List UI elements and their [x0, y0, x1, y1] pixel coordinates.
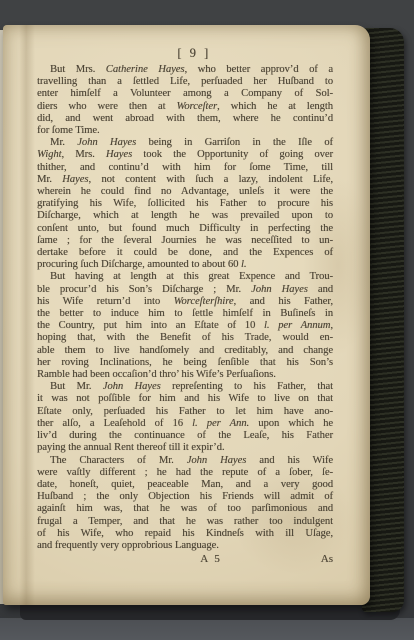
shelf-strip — [0, 618, 414, 640]
paragraph: Mr. John Hayes being in Garriſon in the … — [37, 137, 333, 271]
italic-text: Catherine Hayes — [106, 64, 185, 75]
gutter-shadow — [19, 25, 35, 605]
text-line: ſame ; for the ſeveral Journies he was n… — [37, 235, 333, 247]
text-line: thither, and continu’d with him for ſome… — [37, 162, 333, 174]
text-line: ble procur’d his Son’s Diſcharge ; Mr. J… — [37, 284, 333, 296]
italic-text: l. per Ann. — [192, 418, 249, 429]
catchword: As — [321, 553, 333, 565]
italic-text: Hayes — [62, 174, 88, 185]
text-line: her roving Inclinations, he being ſenſib… — [37, 357, 333, 369]
text-line: hoping that, with the Benefit of his Tra… — [37, 332, 333, 344]
text-line: dertake before it could be done, and the… — [37, 247, 333, 259]
text-line: But Mrs. Catherine Hayes, who better app… — [37, 64, 333, 76]
screenshot-root: { "page_number_display": "[ 9 ]", "parag… — [0, 0, 414, 640]
text-line: paying the annual Rent thereof till it e… — [37, 442, 333, 454]
text-line: diers who were then at Worceſter, which … — [37, 101, 333, 113]
text-line: liv’d during the continuance of the Leaſ… — [37, 430, 333, 442]
text-line: Mr. Hayes, not content with ſuch a lazy,… — [37, 174, 333, 186]
text-line: the Country, put him into an Eſtate of 1… — [37, 320, 333, 332]
text-line: were vaſtly different ; he had the reput… — [37, 467, 333, 479]
page-number: [ 9 ] — [55, 46, 333, 61]
paragraph: But Mr. John Hayes repreſenting to his F… — [37, 381, 333, 454]
text-line: But having at length at this great Expen… — [37, 271, 333, 283]
text-line: Ramble had been occaſion’d thro’ his Wif… — [37, 369, 333, 381]
text-line: frugal a Temper, and that he was rather … — [37, 516, 333, 528]
paragraph: The Characters of Mr. John Hayes and his… — [37, 455, 333, 553]
text-line: Eſtate only, perſuaded his Father to let… — [37, 406, 333, 418]
signature-mark: A 5 — [200, 553, 222, 565]
text-line: Huſband ; the only Objection his Friends… — [37, 491, 333, 503]
italic-text: l. — [241, 259, 247, 270]
italic-text: Worceſterſhire — [174, 296, 234, 307]
text-line: his Wife return’d into Worceſterſhire, a… — [37, 296, 333, 308]
book-page: [ 9 ] But Mrs. Catherine Hayes, who bett… — [3, 25, 370, 605]
text-line: againſt him was, that he was of too parſ… — [37, 503, 333, 515]
italic-text: John Hayes — [103, 381, 161, 392]
text-line: able them to live handſomely and credita… — [37, 345, 333, 357]
page-footer: A 5 As — [37, 553, 333, 567]
text-column: [ 9 ] But Mrs. Catherine Hayes, who bett… — [37, 46, 333, 567]
photo-scene: [ 9 ] But Mrs. Catherine Hayes, who bett… — [0, 0, 414, 640]
text-line: it was not poſſible for him and his Wife… — [37, 393, 333, 405]
text-line: for ſome Time. — [37, 125, 333, 137]
text-line: did, and went abroad with them, where he… — [37, 113, 333, 125]
text-line: and frequently very opprobrious Language… — [37, 540, 333, 552]
text-line: ther alſo, a Leaſehold of 16 l. per Ann.… — [37, 418, 333, 430]
italic-text: John Hayes — [187, 455, 247, 466]
text-line: enter himſelf a Volunteer among a Compan… — [37, 88, 333, 100]
text-line: The Characters of Mr. John Hayes and his… — [37, 455, 333, 467]
text-line: Mr. John Hayes being in Garriſon in the … — [37, 137, 333, 149]
text-line: But Mr. John Hayes repreſenting to his F… — [37, 381, 333, 393]
text-line: Diſcharge, which at length he was prevai… — [37, 210, 333, 222]
paragraph: But Mrs. Catherine Hayes, who better app… — [37, 64, 333, 137]
text-line: the better to induce him to ſettle himſe… — [37, 308, 333, 320]
italic-text: Hayes — [106, 149, 132, 160]
text-line: conſent unto, but found much Difficulty … — [37, 223, 333, 235]
text-line: wherein he could find no Advantage, unle… — [37, 186, 333, 198]
text-line: gratifying his Wife, ſollicited his Fath… — [37, 198, 333, 210]
text-line: procuring ſuch Diſcharge, amounted to ab… — [37, 259, 333, 271]
text-line: date, honeſt, quiet, peaceable Man, and … — [37, 479, 333, 491]
italic-text: John Hayes — [77, 137, 136, 148]
text-line: travelling than a ſettled Life, perſuade… — [37, 76, 333, 88]
italic-text: Worceſter — [177, 101, 218, 112]
text-line: Wight, Mrs. Hayes took the Opportunity o… — [37, 149, 333, 161]
italic-text: Wight — [37, 149, 61, 160]
italic-text: l. per Annum — [264, 320, 330, 331]
text-line: of his Wife, who repaid his Kindneſs wit… — [37, 528, 333, 540]
italic-text: John Hayes — [251, 284, 308, 295]
text-block: But Mrs. Catherine Hayes, who better app… — [37, 64, 333, 552]
paragraph: But having at length at this great Expen… — [37, 271, 333, 381]
